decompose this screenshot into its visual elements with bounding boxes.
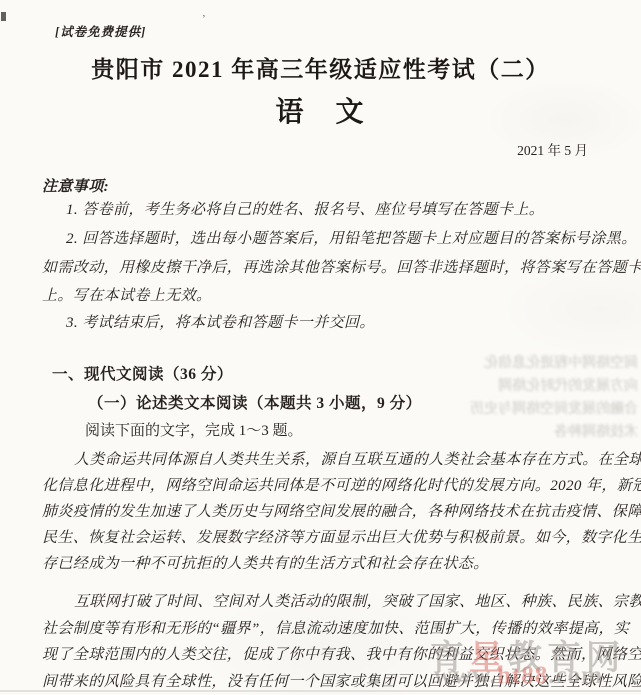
bleedthrough-line: 术技络网种各	[372, 421, 638, 444]
paper-title: 贵阳市 2021 年高三年级适应性考试（二）	[0, 51, 641, 84]
bleedthrough-line: 合融的展发间空络网与史历	[372, 398, 638, 421]
corner-note: [试卷免费提供]	[55, 22, 146, 40]
bleedthrough-line: 间空络网中程进化息信化	[372, 352, 638, 375]
passage-instruction: 阅读下面的文字，完成 1～3 题。	[85, 419, 303, 440]
notice-heading: 注意事项:	[42, 175, 109, 196]
exam-date: 2021 年 5 月	[0, 139, 588, 159]
passage-line: 存已经成为一种不可抗拒的人类共有的生活方式和社会存在状态。	[42, 554, 608, 575]
passage-line: 现了全球范围内的人类交往，促成了你中有我、我中有你的利益交织状态。然而，网络空	[42, 645, 608, 666]
passage-line: 民生、恢复社会运转、发展数字经济等方面显示出巨大优势与积极前景。如今，数字化生	[42, 528, 608, 549]
passage-line: 肺炎疫情的发生加速了人类历史与网络空间发展的融合，各种网络技术在抗击疫情、保障	[42, 502, 608, 523]
scan-edge-line	[0, 690, 641, 692]
bleedthrough-line: 向方展发的代时化络网	[372, 375, 638, 398]
notice-line: 2. 回答选择题时，选出每小题答案后，用铅笔把答题卡上对应题目的答案标号涂黑。	[42, 229, 608, 250]
passage-line: 化信息化进程中，网络空间命运共同体是不可逆的网络化时代的发展方向。2020 年，…	[42, 476, 608, 497]
passage-line: 人类命运共同体源自人类共生关系，源自互联互通的人类社会基本存在方式。在全球	[42, 450, 608, 471]
notice-line: 1. 答卷前，考生务必将自己的姓名、报名号、座位号填写在答题卡上。	[42, 200, 608, 221]
passage-line: 社会制度等有形和无形的“疆界”，信息流动速度加快、范围扩大，传播的效率提高，实	[42, 619, 608, 640]
tick-mark: ’	[202, 13, 206, 25]
section-heading: 一、现代文阅读（36 分）	[52, 362, 233, 384]
ink-speck	[1, 12, 6, 21]
notice-line: 如需改动，用橡皮擦干净后，再选涂其他答案标号。回答非选择题时，将答案写在答题卡	[42, 258, 608, 279]
exam-paper-scan: ’ [试卷免费提供] 贵阳市 2021 年高三年级适应性考试（二） 语 文 20…	[0, 0, 641, 695]
passage-line: 互联网打破了时间、空间对人类活动的限制，突破了国家、地区、种族、民族、宗教、	[42, 592, 608, 613]
notice-line: 3. 考试结束后，将本试卷和答题卡一并交回。	[42, 313, 608, 334]
subject-title: 语 文	[0, 90, 641, 130]
notice-line: 上。写在本试卷上无效。	[42, 286, 608, 307]
bleedthrough-artifact: 间空络网中程进化息信化 向方展发的代时化络网 合融的展发间空络网与史历 术技络网…	[372, 352, 638, 444]
